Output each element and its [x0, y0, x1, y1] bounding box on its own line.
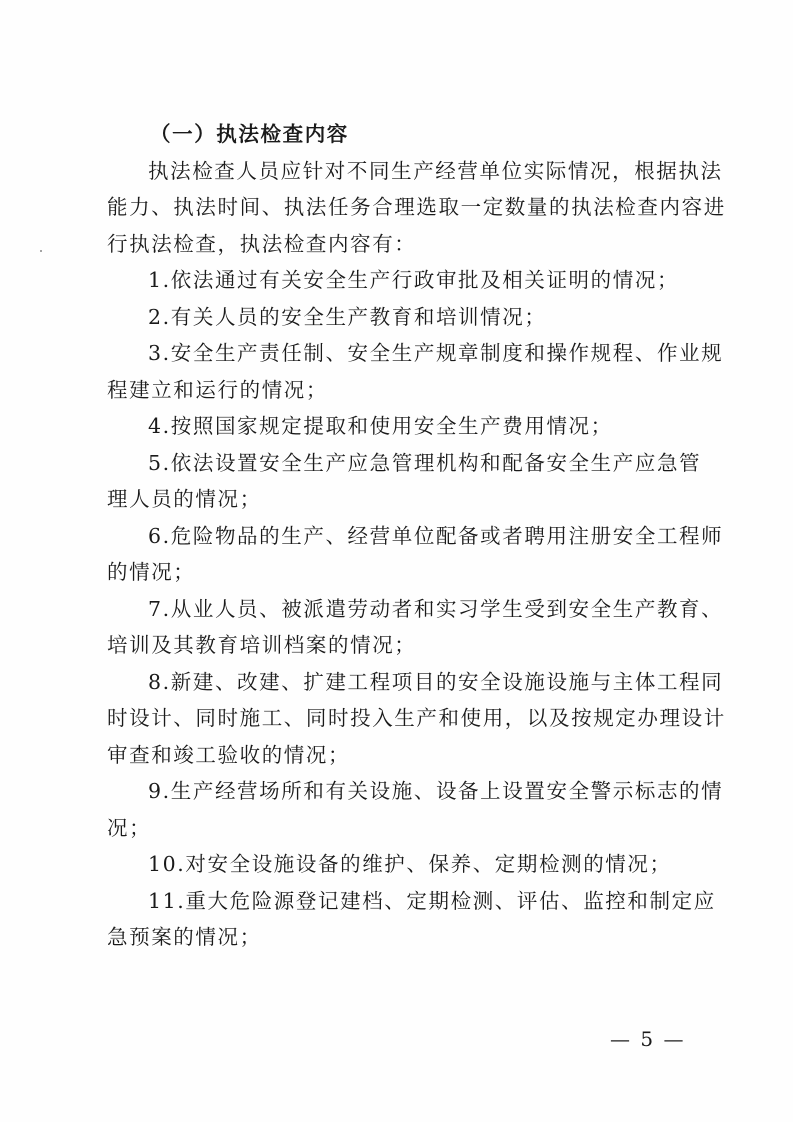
list-item-8-cont: 审查和竣工验收的情况；: [107, 737, 707, 774]
section-heading: （一）执法检查内容: [107, 116, 707, 153]
paragraph-line: 能力、执法时间、执法任务合理选取一定数量的执法检查内容进: [107, 189, 707, 226]
page-number: — 5 —: [610, 1027, 685, 1051]
paragraph-line: 行执法检查，执法检查内容有：: [107, 226, 707, 263]
list-item-8: 8.新建、改建、扩建工程项目的安全设施设施与主体工程同: [107, 664, 707, 701]
list-item-7-cont: 培训及其教育培训档案的情况；: [107, 627, 707, 664]
list-item-9-cont: 况；: [107, 810, 707, 847]
list-item-11: 11.重大危险源登记建档、定期检测、评估、监控和制定应: [107, 883, 707, 920]
list-item-3-cont: 程建立和运行的情况；: [107, 372, 707, 409]
list-item-5-cont: 理人员的情况；: [107, 481, 707, 518]
list-item-6: 6.危险物品的生产、经营单位配备或者聘用注册安全工程师: [107, 518, 707, 555]
list-item-5: 5.依法设置安全生产应急管理机构和配备安全生产应急管: [107, 445, 707, 482]
list-item-3: 3.安全生产责任制、安全生产规章制度和操作规程、作业规: [107, 335, 707, 372]
document-body: （一）执法检查内容 执法检查人员应针对不同生产经营单位实际情况，根据执法 能力、…: [107, 116, 707, 956]
list-item-8-cont: 时设计、同时施工、同时投入生产和使用，以及按规定办理设计: [107, 700, 707, 737]
list-item-6-cont: 的情况；: [107, 554, 707, 591]
list-item-1: 1.依法通过有关安全生产行政审批及相关证明的情况；: [107, 262, 707, 299]
list-item-9: 9.生产经营场所和有关设施、设备上设置安全警示标志的情: [107, 773, 707, 810]
document-page: （一）执法检查内容 执法检查人员应针对不同生产经营单位实际情况，根据执法 能力、…: [0, 0, 793, 1122]
list-item-2: 2.有关人员的安全生产教育和培训情况；: [107, 299, 707, 336]
list-item-10: 10.对安全设施设备的维护、保养、定期检测的情况；: [107, 846, 707, 883]
paragraph-line: 执法检查人员应针对不同生产经营单位实际情况，根据执法: [107, 153, 707, 190]
list-item-7: 7.从业人员、被派遣劳动者和实习学生受到安全生产教育、: [107, 591, 707, 628]
list-item-11-cont: 急预案的情况；: [107, 919, 707, 956]
list-item-4: 4.按照国家规定提取和使用安全生产费用情况；: [107, 408, 707, 445]
scan-speck: [40, 250, 42, 252]
